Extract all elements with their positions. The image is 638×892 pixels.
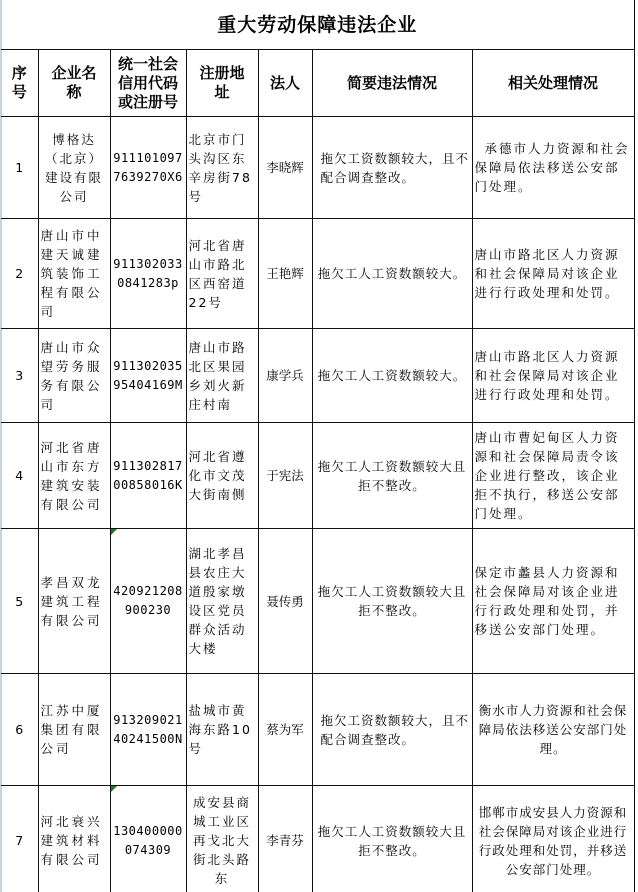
company-name: 河北省唐山市东方建筑安装有限公司 <box>38 423 110 529</box>
handling-result: 衡水市人力资源和社会保障局依法移送公安部门处理。 <box>472 674 634 786</box>
header-row: 序号 企业名称 统一社会信用代码或注册号 注册地址 法人 简要违法情况 相关处理… <box>1 50 634 117</box>
table-row: 1 博格达（北京）建设有限公司 9111010977639270X6 北京市门头… <box>1 117 634 219</box>
violation-summary: 拖欠工人工资数额较大且拒不整改。 <box>312 423 472 529</box>
header-address: 注册地址 <box>186 50 258 117</box>
credit-code: 91130203595404169M <box>110 329 186 423</box>
registered-address: 湖北孝昌县农庄大道殷家墩设区党员群众活动大楼 <box>186 529 258 674</box>
legal-person: 李青芬 <box>258 786 312 892</box>
row-no: 1 <box>1 117 38 219</box>
row-no: 6 <box>1 674 38 786</box>
credit-code: 130400000074309 <box>110 786 186 892</box>
company-name: 唐山市众望劳务服务有限公司 <box>38 329 110 423</box>
violation-enterprise-table: 重大劳动保障违法企业 序号 企业名称 统一社会信用代码或注册号 注册地址 法人 … <box>1 0 635 892</box>
table-row: 7 河北衰兴建筑材料有限公司 130400000074309 成安县商城工业区再… <box>1 786 634 892</box>
company-name: 孝昌双龙建筑工程有限公司 <box>38 529 110 674</box>
credit-code: 420921208900230 <box>110 529 186 674</box>
row-no: 7 <box>1 786 38 892</box>
legal-person: 蔡为军 <box>258 674 312 786</box>
legal-person: 王艳辉 <box>258 219 312 329</box>
violation-summary: 拖欠工人工资数额较大且拒不整改。 <box>312 786 472 892</box>
legal-person: 李晓辉 <box>258 117 312 219</box>
legal-person: 聂传勇 <box>258 529 312 674</box>
row-no: 5 <box>1 529 38 674</box>
company-name: 博格达（北京）建设有限公司 <box>38 117 110 219</box>
credit-code: 91320902140241500N <box>110 674 186 786</box>
credit-code: 9111010977639270X6 <box>110 117 186 219</box>
handling-result: 保定市蠡县人力资源和社会保障局对该企业进行行政处理和处罚，并移送公安部门处理。 <box>472 529 634 674</box>
header-handling: 相关处理情况 <box>472 50 634 117</box>
cell-comment-marker <box>111 529 117 535</box>
violation-summary: 拖欠工人工资数额较大。 <box>312 329 472 423</box>
credit-code: 911302033 0841283p <box>110 219 186 329</box>
company-name: 江苏中厦集团有限公司 <box>38 674 110 786</box>
table-row: 2 唐山市中建天诚建筑装饰工程有限公司 911302033 0841283p 河… <box>1 219 634 329</box>
legal-person: 康学兵 <box>258 329 312 423</box>
row-no: 4 <box>1 423 38 529</box>
registered-address: 河北省唐山市路北区西窑道22号 <box>186 219 258 329</box>
registered-address: 成安县商城工业区再戈北大街北头路东 <box>186 786 258 892</box>
registered-address: 唐山市路北区果园乡刘火新庄村南 <box>186 329 258 423</box>
violation-summary: 拖欠工人工资数额较大。 <box>312 219 472 329</box>
registered-address: 盐城市黄海东路10号 <box>186 674 258 786</box>
handling-result: 承德市人力资源和社会保障局依法移送公安部门处理。 <box>472 117 634 219</box>
credit-code: 91130281700858016K <box>110 423 186 529</box>
cell-comment-marker <box>111 786 117 792</box>
header-code: 统一社会信用代码或注册号 <box>110 50 186 117</box>
header-no: 序号 <box>1 50 38 117</box>
handling-result: 唐山市路北区人力资源和社会保障局对该企业进行行政处理和处罚。 <box>472 329 634 423</box>
header-legal-person: 法人 <box>258 50 312 117</box>
row-no: 3 <box>1 329 38 423</box>
company-name: 河北衰兴建筑材料有限公司 <box>38 786 110 892</box>
handling-result: 唐山市路北区人力资源和社会保障局对该企业进行行政处理和处罚。 <box>472 219 634 329</box>
table-row: 4 河北省唐山市东方建筑安装有限公司 91130281700858016K 河北… <box>1 423 634 529</box>
registered-address: 北京市门头沟区东辛房街78号 <box>186 117 258 219</box>
registered-address: 河北省遵化市文茂大街南侧 <box>186 423 258 529</box>
table-row: 6 江苏中厦集团有限公司 91320902140241500N 盐城市黄海东路1… <box>1 674 634 786</box>
violation-summary: 拖欠工人工资数额较大且拒不整改。 <box>312 529 472 674</box>
handling-result: 邯郸市成安县人力资源和社会保障局对该企业进行行政处理和处罚，并移送公安部门处理。 <box>472 786 634 892</box>
header-violation: 简要违法情况 <box>312 50 472 117</box>
handling-result: 唐山市曹妃甸区人力资源和社会保障局责令该企业进行整改，该企业拒不执行，移送公安部… <box>472 423 634 529</box>
table-row: 3 唐山市众望劳务服务有限公司 91130203595404169M 唐山市路北… <box>1 329 634 423</box>
table-title: 重大劳动保障违法企业 <box>1 0 634 50</box>
legal-person: 于宪法 <box>258 423 312 529</box>
row-no: 2 <box>1 219 38 329</box>
violation-summary: 拖欠工资数额较大，且不配合调查整改。 <box>312 674 472 786</box>
header-company: 企业名称 <box>38 50 110 117</box>
company-name: 唐山市中建天诚建筑装饰工程有限公司 <box>38 219 110 329</box>
violation-summary: 拖欠工资数额较大，且不配合调查整改。 <box>312 117 472 219</box>
table-row: 5 孝昌双龙建筑工程有限公司 420921208900230 湖北孝昌县农庄大道… <box>1 529 634 674</box>
